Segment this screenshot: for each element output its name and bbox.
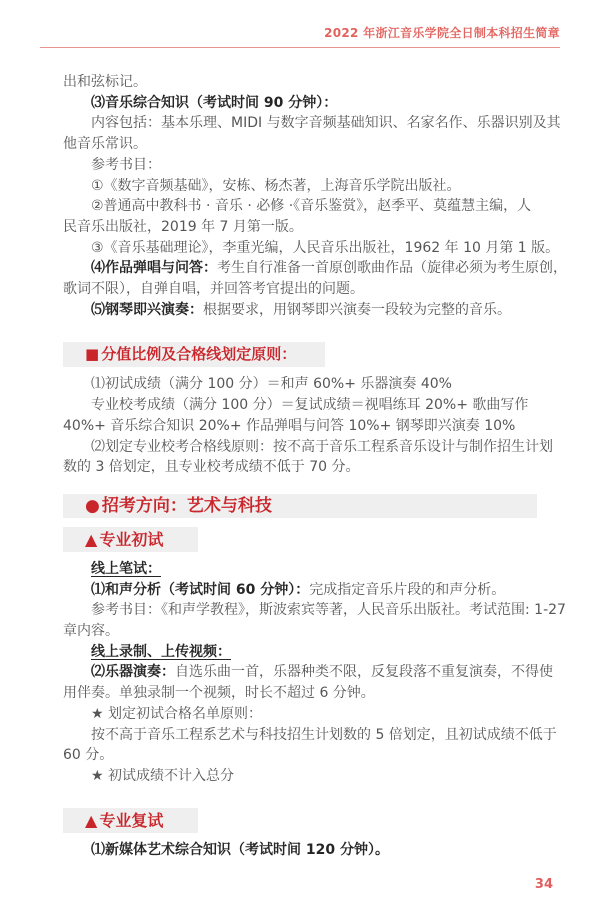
page-content: 出和弦标记。 ⑶音乐综合知识（考试时间 90 分钟）： 内容包括：基本乐理、MI…: [63, 72, 541, 860]
text-line: 40%+ 音乐综合知识 20%+ 作品弹唱与问答 10%+ 钢琴即兴演奏 10%: [63, 416, 541, 437]
text-line: 出和弦标记。: [63, 72, 541, 93]
circle-bullet-icon: ●: [85, 496, 100, 516]
running-header-title: 2022 年浙江音乐学院全日制本科招生简章: [324, 26, 560, 40]
direction-heading-label: 招考方向：艺术与科技: [102, 496, 272, 516]
running-header: 2022 年浙江音乐学院全日制本科招生简章: [40, 24, 560, 41]
text-line: 他音乐常识。: [63, 134, 541, 155]
text-line: 参考书目：: [63, 155, 541, 176]
score-ratio-heading-label: 分值比例及合格线划定原则：: [101, 345, 296, 363]
text-line: 民音乐出版社，2019 年 7 月第一版。: [63, 217, 541, 238]
score-ratio-section-heading: ■分值比例及合格线划定原则：: [63, 342, 325, 367]
text-line: ★ 初试成绩不计入总分: [63, 766, 541, 787]
header-rule-divider: [40, 47, 560, 48]
text-line: ⑷作品弹唱与问答：考生自行准备一首原创歌曲作品（旋律必须为考生原创，: [63, 258, 541, 279]
text-line: 线上录制、上传视频：: [63, 642, 541, 663]
text-line: 内容包括：基本乐理、MIDI 与数字音频基础知识、名家名作、乐器识别及其: [63, 113, 541, 134]
preliminary-exam-heading: ▲专业初试: [63, 527, 198, 552]
text-line: ⑴新媒体艺术综合知识（考试时间 120 分钟）。: [63, 840, 541, 861]
text-line: 线上笔试：: [63, 559, 541, 580]
section-score-ratio: ⑴初试成绩（满分 100 分）＝和声 60%+ 乐器演奏 40% 专业校考成绩（…: [63, 374, 541, 478]
text-line: 数的 3 倍划定，且专业校考成绩不低于 70 分。: [63, 457, 541, 478]
text-line: 歌词不限），自弹自唱，并回答考官提出的问题。: [63, 279, 541, 300]
direction-section-heading: ●招考方向：艺术与科技: [63, 494, 537, 518]
text-line: ②普通高中教科书 · 音乐 · 必修 ·《音乐鉴赏》，赵季平、莫蕴慧主编，人: [63, 196, 541, 217]
text-line: ★ 划定初试合格名单原则：: [63, 704, 541, 725]
section-retest-tail: 出和弦标记。 ⑶音乐综合知识（考试时间 90 分钟）： 内容包括：基本乐理、MI…: [63, 72, 541, 320]
text-line: ⑴初试成绩（满分 100 分）＝和声 60%+ 乐器演奏 40%: [63, 374, 541, 395]
section-preliminary-exam: 线上笔试： ⑴和声分析（考试时间 60 分钟）：完成指定音乐片段的和声分析。 参…: [63, 559, 541, 787]
text-line: ①《数字音频基础》，安栋、杨杰著，上海音乐学院出版社。: [63, 176, 541, 197]
text-line: 参考书目：《和声学教程》，斯波索宾等著，人民音乐出版社。考试范围: 1-27: [63, 600, 541, 621]
text-line: ⑵划定专业校考合格线原则：按不高于音乐工程系音乐设计与制作招生计划: [63, 437, 541, 458]
preliminary-heading-label: 专业初试: [99, 530, 163, 549]
final-heading-label: 专业复试: [99, 811, 163, 830]
page-number: 34: [535, 877, 553, 892]
text-line: ⑶音乐综合知识（考试时间 90 分钟）：: [63, 93, 541, 114]
triangle-bullet-icon: ▲: [85, 811, 97, 830]
text-line: 章内容。: [63, 621, 541, 642]
text-line: ⑸钢琴即兴演奏：根据要求，用钢琴即兴演奏一段较为完整的音乐。: [63, 300, 541, 321]
text-line: 60 分。: [63, 745, 541, 766]
square-bullet-icon: ■: [85, 345, 99, 363]
final-exam-heading: ▲专业复试: [63, 808, 198, 833]
document-page: 2022 年浙江音乐学院全日制本科招生简章 出和弦标记。 ⑶音乐综合知识（考试时…: [0, 0, 600, 923]
text-line: 按不高于音乐工程系艺术与科技招生计划数的 5 倍划定，且初试成绩不低于: [63, 725, 541, 746]
text-line: 专业校考成绩（满分 100 分）＝复试成绩＝视唱练耳 20%+ 歌曲写作: [63, 395, 541, 416]
text-line: ③《音乐基础理论》，李重光编，人民音乐出版社，1962 年 10 月第 1 版。: [63, 238, 541, 259]
text-line: ⑵乐器演奏：自选乐曲一首，乐器种类不限，反复段落不重复演奏，不得使: [63, 662, 541, 683]
text-line: ⑴和声分析（考试时间 60 分钟）：完成指定音乐片段的和声分析。: [63, 580, 541, 601]
text-line: 用伴奏。单独录制一个视频，时长不超过 6 分钟。: [63, 683, 541, 704]
section-final-exam: ⑴新媒体艺术综合知识（考试时间 120 分钟）。: [63, 840, 541, 861]
triangle-bullet-icon: ▲: [85, 530, 97, 549]
